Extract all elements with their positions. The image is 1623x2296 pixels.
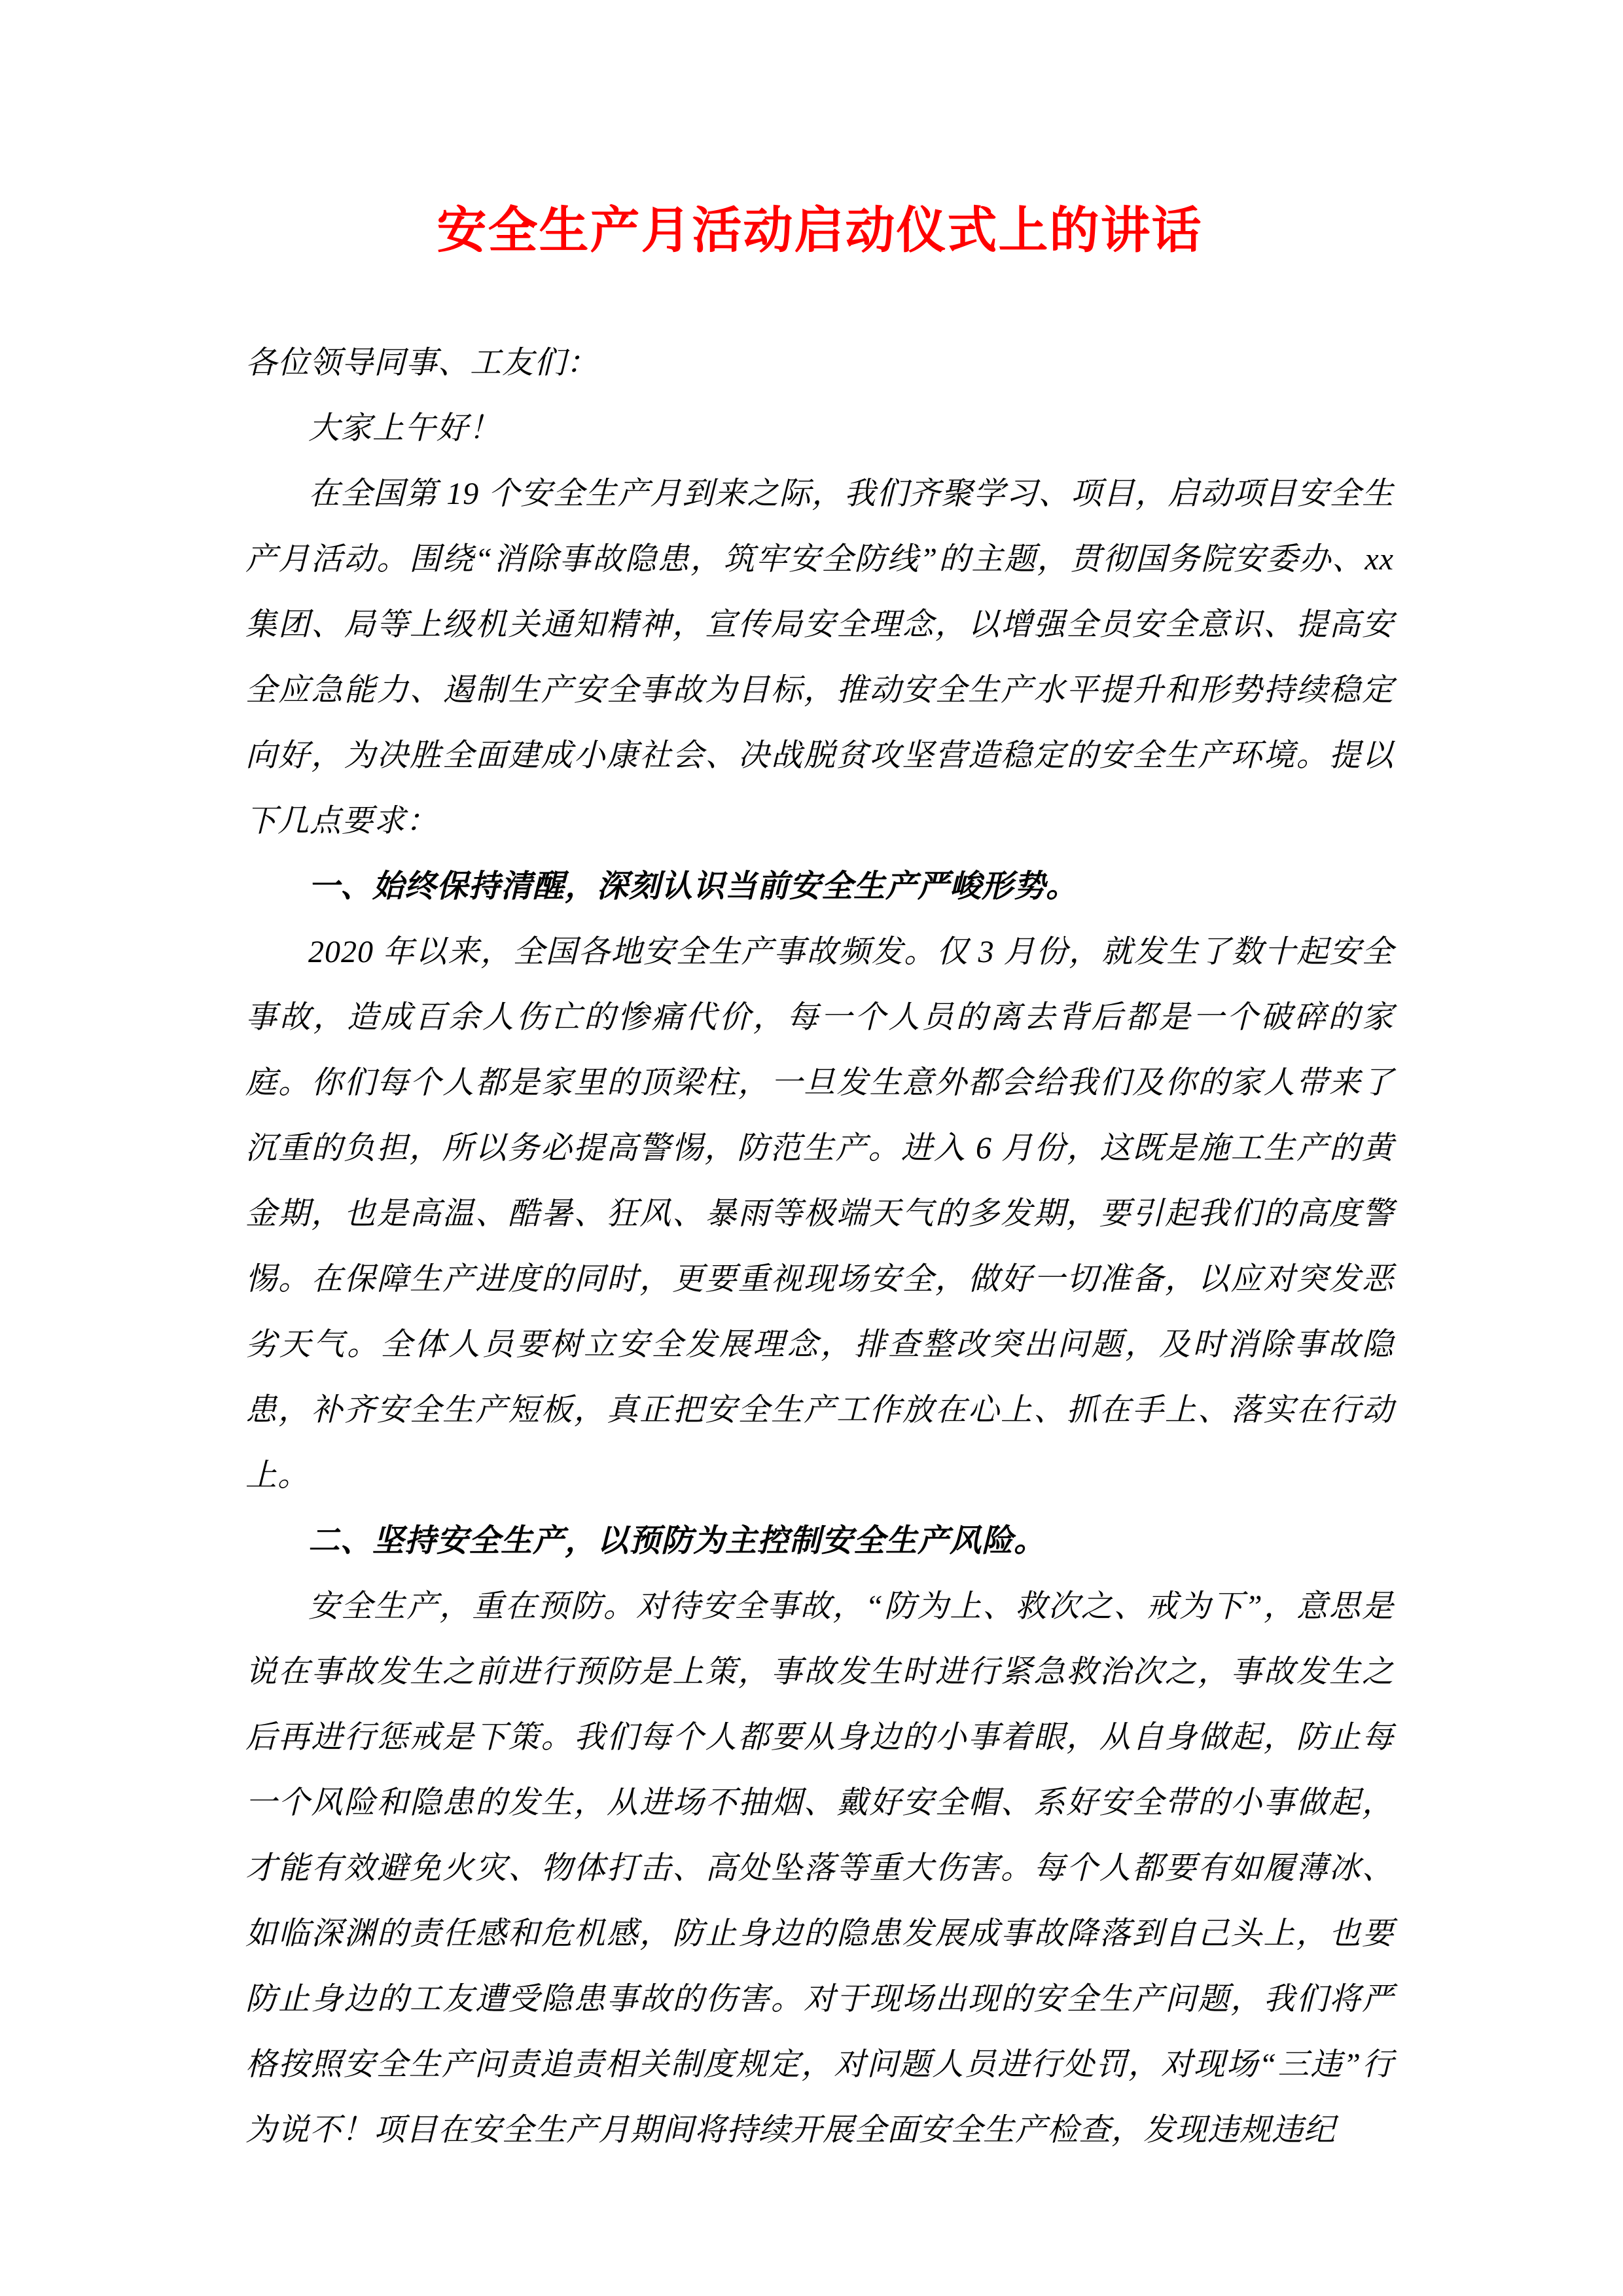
document-page: 安全生产月活动启动仪式上的讲话 各位领导同事、工友们： 大家上午好！ 在全国第 … (0, 0, 1623, 2296)
paragraph-salutation: 大家上午好！ (245, 396, 1394, 461)
paragraph-intro: 在全国第 19 个安全生产月到来之际，我们齐聚学习、项目，启动项目安全生产月活动… (245, 461, 1394, 854)
paragraph-greeting: 各位领导同事、工友们： (245, 331, 1394, 396)
document-body: 各位领导同事、工友们： 大家上午好！ 在全国第 19 个安全生产月到来之际，我们… (245, 331, 1394, 2163)
paragraph-section-1: 2020 年以来，全国各地安全生产事故频发。仅 3 月份，就发生了数十起安全事故… (245, 920, 1394, 1509)
document-title: 安全生产月活动启动仪式上的讲话 (245, 193, 1394, 268)
paragraph-section-2: 安全生产，重在预防。对待安全事故，“防为上、救次之、戒为下”，意思是说在事故发生… (245, 1574, 1394, 2163)
section-heading-2: 二、坚持安全生产，以预防为主控制安全生产风险。 (245, 1509, 1394, 1574)
section-heading-1: 一、始终保持清醒，深刻认识当前安全生产严峻形势。 (245, 854, 1394, 920)
